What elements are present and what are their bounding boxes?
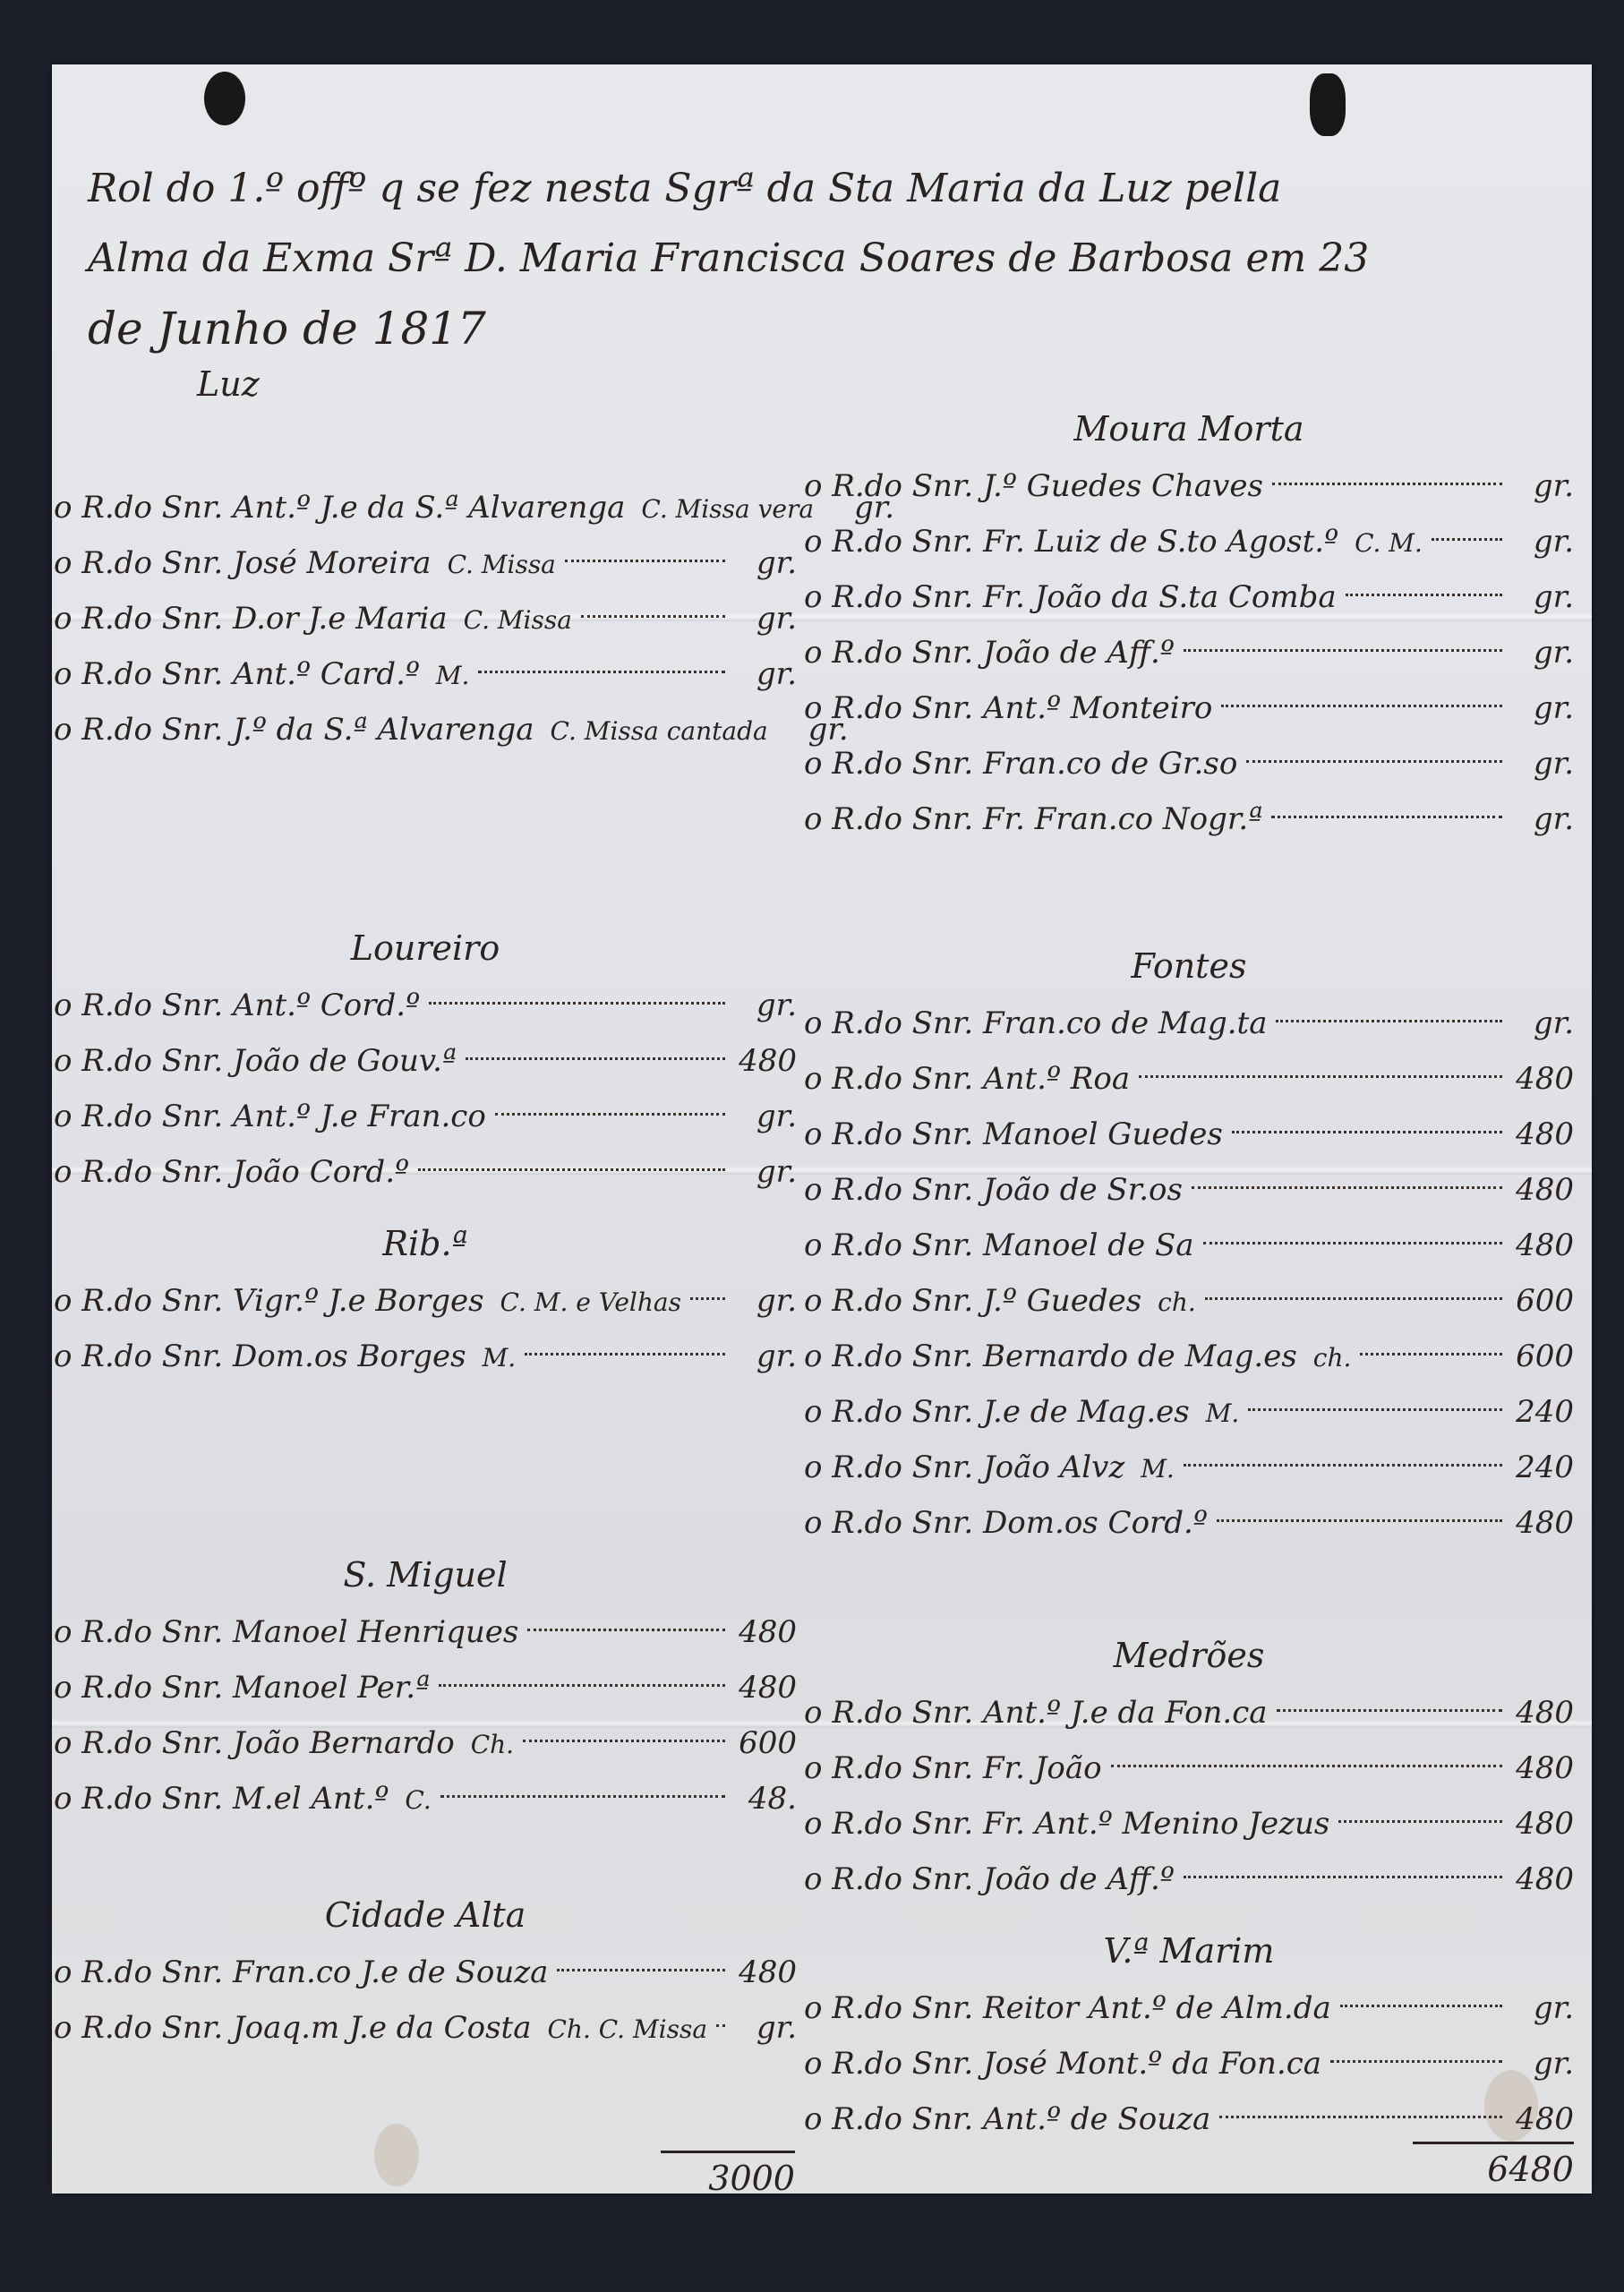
entry-value: 48.	[734, 1771, 797, 1826]
entry-name: o R.do Snr. Fr. João da S.ta Comba	[804, 569, 1337, 625]
list-entry: o R.do Snr. Manoel de Sa480	[804, 1218, 1574, 1273]
entry-value: 480	[1511, 1796, 1574, 1852]
list-entry: o R.do Snr. Ant.º Monteirogr.	[804, 680, 1574, 736]
entry-value: 480	[1511, 1107, 1574, 1162]
entry-name: o R.do Snr. Manoel de Sa	[804, 1218, 1194, 1273]
entry-value: 600	[1511, 1273, 1574, 1329]
entry-note: M.	[1141, 1441, 1175, 1497]
heading-line: Rol do 1.º offº q se fez nesta Sgrª da S…	[88, 154, 1556, 224]
entry-name: o R.do Snr. Fr. Luiz de S.to Agost.º	[804, 514, 1338, 569]
list-entry: o R.do Snr. Fran.co J.e de Souza480	[54, 1945, 797, 2000]
section-fontes: Fontes o R.do Snr. Fran.co de Mag.tagr. …	[804, 942, 1574, 1631]
section-heading: Cidade Alta	[54, 1891, 797, 1939]
entry-value: 480	[1511, 1218, 1574, 1273]
list-entry: o R.do Snr. Manoel Guedes480	[804, 1107, 1574, 1162]
section-vila-marim: V.ª Marim o R.do Snr. Reitor Ant.º de Al…	[804, 1927, 1574, 2147]
section-heading: Moura Morta	[804, 405, 1574, 453]
list-entry: o R.do Snr. Fr. João480	[804, 1740, 1574, 1796]
list-entry: o R.do Snr. Vigr.º J.e BorgesC. M. e Vel…	[54, 1273, 797, 1329]
heading-line: de Junho de 1817	[88, 294, 1556, 363]
entry-name: o R.do Snr. Manoel Guedes	[804, 1107, 1223, 1162]
list-entry: o R.do Snr. João de Aff.ºgr.	[804, 625, 1574, 680]
entry-value: 480	[1511, 1051, 1574, 1107]
list-entry: o R.do Snr. Manoel Per.ª480	[54, 1660, 797, 1715]
list-entry: o R.do Snr. Ant.º J.e da S.ª AlvarengaC.…	[54, 480, 797, 535]
list-entry: o R.do Snr. Dom.os Cord.º480	[804, 1495, 1574, 1551]
entry-value: 480	[734, 1660, 797, 1715]
section-ribeira: Rib.ª o R.do Snr. Vigr.º J.e BorgesC. M.…	[54, 1219, 797, 1551]
entry-name: o R.do Snr. Fran.co J.e de Souza	[54, 1945, 548, 2000]
list-entry: o R.do Snr. Joaq.m J.e da CostaCh. C. Mi…	[54, 2000, 797, 2056]
list-entry: o R.do Snr. Ant.º Roa480	[804, 1051, 1574, 1107]
right-column: Moura Morta o R.do Snr. J.º Guedes Chave…	[804, 405, 1574, 2147]
entry-name: o R.do Snr. Bernardo de Mag.es	[804, 1329, 1297, 1384]
entry-value: gr.	[734, 2000, 797, 2056]
entry-name: o R.do Snr. João de Sr.os	[804, 1162, 1183, 1218]
entry-name: o R.do Snr. J.º Guedes Chaves	[804, 458, 1263, 514]
entry-note: C. Missa	[464, 593, 572, 648]
entry-value: gr.	[1511, 569, 1574, 625]
entry-name: o R.do Snr. João Alvz	[804, 1440, 1124, 1495]
entry-value: 480	[1511, 1495, 1574, 1551]
entry-name: o R.do Snr. J.º da S.ª Alvarenga	[54, 702, 534, 757]
entry-value: 480	[1511, 2091, 1574, 2147]
entry-name: o R.do Snr. Fran.co de Mag.ta	[804, 996, 1267, 1051]
section-heading: Loureiro	[54, 924, 797, 972]
entry-value: 600	[1511, 1329, 1574, 1384]
entry-value: gr.	[734, 646, 797, 702]
entry-note: C. Missa vera	[641, 482, 814, 537]
entry-name: o R.do Snr. Ant.º de Souza	[804, 2091, 1210, 2147]
entry-value: gr.	[1511, 2036, 1574, 2091]
entry-note: C. Missa	[448, 537, 556, 593]
entry-name: o R.do Snr. Dom.os Cord.º	[804, 1495, 1208, 1551]
entry-name: o R.do Snr. João Bernardo	[54, 1715, 455, 1771]
entry-value: 240	[1511, 1440, 1574, 1495]
list-entry: o R.do Snr. J.º Guedes Chavesgr.	[804, 458, 1574, 514]
list-entry: o R.do Snr. José Mont.º da Fon.cagr.	[804, 2036, 1574, 2091]
section-heading: Fontes	[804, 942, 1574, 990]
entry-name: o R.do Snr. João de Gouv.ª	[54, 1033, 457, 1089]
list-entry: o R.do Snr. Ant.º J.e da Fon.ca480	[804, 1685, 1574, 1740]
list-entry: o R.do Snr. João BernardoCh.600	[54, 1715, 797, 1771]
entry-note: C.	[405, 1773, 431, 1828]
entry-value: gr.	[734, 1329, 797, 1384]
entry-note: Ch. C. Missa	[547, 2002, 707, 2057]
entry-value: 480	[734, 1604, 797, 1660]
list-entry: o R.do Snr. Ant.º de Souza480	[804, 2091, 1574, 2147]
entry-name: o R.do Snr. Ant.º Roa	[804, 1051, 1130, 1107]
entry-value: gr.	[734, 535, 797, 591]
section-cidade-alta: Cidade Alta o R.do Snr. Fran.co J.e de S…	[54, 1891, 797, 2056]
list-entry: o R.do Snr. Bernardo de Mag.esch.600	[804, 1329, 1574, 1384]
section-heading: S. Miguel	[54, 1551, 797, 1599]
left-column: Luz o R.do Snr. Ant.º J.e da S.ª Alvaren…	[54, 360, 797, 2056]
entry-value: 480	[734, 1033, 797, 1089]
entry-value: gr.	[1511, 625, 1574, 680]
entry-name: o R.do Snr. José Moreira	[54, 535, 432, 591]
entry-value: gr.	[1511, 1980, 1574, 2036]
binding-hole	[204, 72, 245, 125]
list-entry: o R.do Snr. João de Gouv.ª480	[54, 1033, 797, 1089]
list-entry: o R.do Snr. J.e de Mag.esM.240	[804, 1384, 1574, 1440]
entry-value: 480	[1511, 1852, 1574, 1907]
entry-value: gr.	[734, 1273, 797, 1329]
entry-value: 480	[1511, 1685, 1574, 1740]
document-heading: Rol do 1.º offº q se fez nesta Sgrª da S…	[88, 154, 1556, 363]
entry-note: M.	[483, 1330, 517, 1386]
entry-note: ch.	[1158, 1275, 1196, 1330]
list-entry: o R.do Snr. Fr. João da S.ta Combagr.	[804, 569, 1574, 625]
entry-value: gr.	[1511, 680, 1574, 736]
entry-name: o R.do Snr. João de Aff.º	[804, 625, 1175, 680]
entry-name: o R.do Snr. Dom.os Borges	[54, 1329, 466, 1384]
entry-name: o R.do Snr. Ant.º Monteiro	[804, 680, 1212, 736]
list-entry: o R.do Snr. João Cord.ºgr.	[54, 1144, 797, 1200]
entry-note: Ch.	[471, 1717, 514, 1773]
entry-name: o R.do Snr. José Mont.º da Fon.ca	[804, 2036, 1321, 2091]
entry-name: o R.do Snr. Fr. João	[804, 1740, 1102, 1796]
section-loureiro: Loureiro o R.do Snr. Ant.º Cord.ºgr. o R…	[54, 924, 797, 1219]
entry-value: 480	[1511, 1740, 1574, 1796]
list-entry: o R.do Snr. J.º Guedesch.600	[804, 1273, 1574, 1329]
list-entry: o R.do Snr. M.el Ant.ºC.48.	[54, 1771, 797, 1826]
entry-name: o R.do Snr. M.el Ant.º	[54, 1771, 389, 1826]
entry-name: o R.do Snr. Ant.º J.e Fran.co	[54, 1089, 486, 1144]
manuscript-page: Rol do 1.º offº q se fez nesta Sgrª da S…	[52, 64, 1592, 2194]
entry-name: o R.do Snr. Vigr.º J.e Borges	[54, 1273, 484, 1329]
section-sao-miguel: S. Miguel o R.do Snr. Manoel Henriques48…	[54, 1551, 797, 1891]
entry-value: gr.	[734, 1089, 797, 1144]
binding-hole	[1310, 73, 1346, 136]
entry-value: 600	[734, 1715, 797, 1771]
list-entry: o R.do Snr. Fr. Fran.co Nogr.ªgr.	[804, 791, 1574, 847]
entry-name: o R.do Snr. Joaq.m J.e da Costa	[54, 2000, 531, 2056]
entry-value: gr.	[1511, 996, 1574, 1051]
entry-name: o R.do Snr. J.e de Mag.es	[804, 1384, 1190, 1440]
entry-value: gr.	[734, 978, 797, 1033]
entry-value: gr.	[1511, 458, 1574, 514]
entry-value: 480	[734, 1945, 797, 2000]
entry-note: C. Missa cantada	[551, 704, 768, 759]
entry-note: M.	[436, 648, 470, 704]
entry-name: o R.do Snr. D.or J.e Maria	[54, 591, 448, 646]
entry-name: o R.do Snr. Fran.co de Gr.so	[804, 736, 1237, 791]
list-entry: o R.do Snr. Ant.º Cord.ºgr.	[54, 978, 797, 1033]
list-entry: o R.do Snr. Fran.co de Gr.sogr.	[804, 736, 1574, 791]
section-heading: Medrões	[804, 1631, 1574, 1680]
entry-value: 480	[1511, 1162, 1574, 1218]
list-entry: o R.do Snr. Reitor Ant.º de Alm.dagr.	[804, 1980, 1574, 2036]
entry-name: o R.do Snr. Reitor Ant.º de Alm.da	[804, 1980, 1331, 2036]
entry-name: o R.do Snr. Ant.º Cord.º	[54, 978, 420, 1033]
entry-value: gr.	[1511, 791, 1574, 847]
entry-value: gr.	[734, 591, 797, 646]
entry-value: gr.	[734, 1144, 797, 1200]
entry-name: o R.do Snr. Ant.º Card.º	[54, 646, 420, 702]
entry-note: C. M.	[1355, 516, 1423, 571]
heading-line: Alma da Exma Srª D. Maria Francisca Soar…	[88, 224, 1556, 294]
section-luz: Luz o R.do Snr. Ant.º J.e da S.ª Alvaren…	[54, 360, 797, 924]
entry-name: o R.do Snr. J.º Guedes	[804, 1273, 1141, 1329]
list-entry: o R.do Snr. J.º da S.ª AlvarengaC. Missa…	[54, 702, 797, 757]
entry-name: o R.do Snr. Ant.º J.e da Fon.ca	[804, 1685, 1268, 1740]
list-entry: o R.do Snr. D.or J.e MariaC. Missagr.	[54, 591, 797, 646]
section-heading: Luz	[54, 360, 797, 408]
left-column-total: 3000	[661, 2151, 795, 2198]
section-medroes: Medrões o R.do Snr. Ant.º J.e da Fon.ca4…	[804, 1631, 1574, 1927]
entry-note: C. M. e Velhas	[500, 1275, 681, 1330]
entry-note: ch.	[1313, 1330, 1352, 1386]
list-entry: o R.do Snr. Ant.º Card.ºM.gr.	[54, 646, 797, 702]
entry-name: o R.do Snr. João de Aff.º	[804, 1852, 1175, 1907]
section-heading: Rib.ª	[54, 1219, 797, 1268]
list-entry: o R.do Snr. Fr. Ant.º Menino Jezus480	[804, 1796, 1574, 1852]
list-entry: o R.do Snr. Fran.co de Mag.tagr.	[804, 996, 1574, 1051]
entry-name: o R.do Snr. Manoel Henriques	[54, 1604, 518, 1660]
entry-value: gr.	[1511, 514, 1574, 569]
list-entry: o R.do Snr. Dom.os BorgesM.gr.	[54, 1329, 797, 1384]
list-entry: o R.do Snr. José MoreiraC. Missagr.	[54, 535, 797, 591]
entry-name: o R.do Snr. Fr. Fran.co Nogr.ª	[804, 791, 1262, 847]
entry-value: 240	[1511, 1384, 1574, 1440]
list-entry: o R.do Snr. Manoel Henriques480	[54, 1604, 797, 1660]
paper-stain	[374, 2124, 419, 2186]
section-moura-morta: Moura Morta o R.do Snr. J.º Guedes Chave…	[804, 405, 1574, 942]
entry-note: M.	[1206, 1386, 1240, 1441]
list-entry: o R.do Snr. Fr. Luiz de S.to Agost.ºC. M…	[804, 514, 1574, 569]
entry-value: gr.	[1511, 736, 1574, 791]
entry-name: o R.do Snr. João Cord.º	[54, 1144, 409, 1200]
section-heading: V.ª Marim	[804, 1927, 1574, 1975]
entry-name: o R.do Snr. Fr. Ant.º Menino Jezus	[804, 1796, 1329, 1852]
list-entry: o R.do Snr. João AlvzM.240	[804, 1440, 1574, 1495]
entry-name: o R.do Snr. Ant.º J.e da S.ª Alvarenga	[54, 480, 625, 535]
right-column-total: 6480	[1413, 2142, 1574, 2189]
entry-name: o R.do Snr. Manoel Per.ª	[54, 1660, 430, 1715]
list-entry: o R.do Snr. Ant.º J.e Fran.cogr.	[54, 1089, 797, 1144]
list-entry: o R.do Snr. João de Aff.º480	[804, 1852, 1574, 1907]
list-entry: o R.do Snr. João de Sr.os480	[804, 1162, 1574, 1218]
